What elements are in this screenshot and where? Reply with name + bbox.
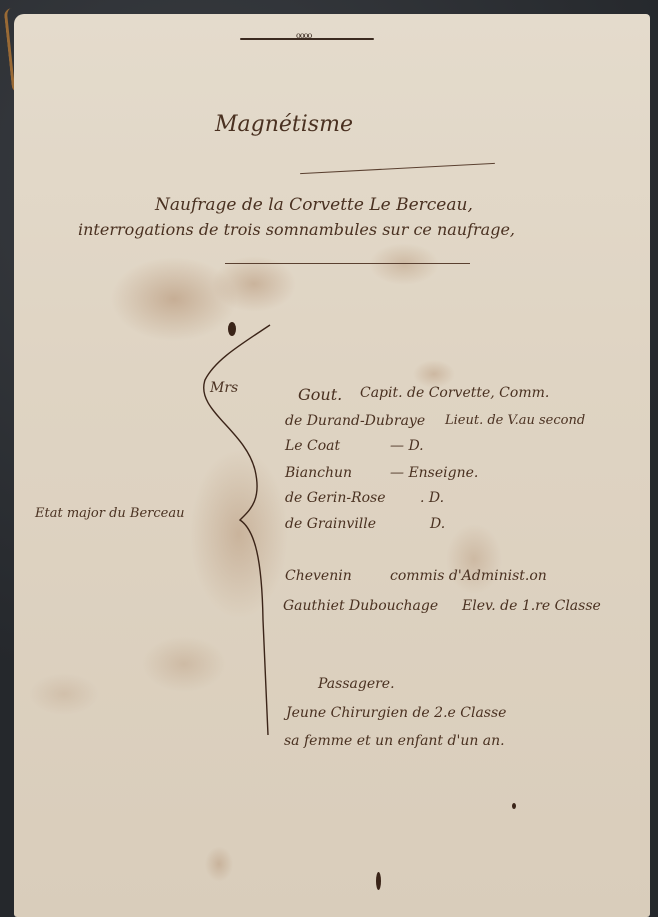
- officer-role: — D.: [390, 438, 424, 454]
- curly-brace: [0, 0, 658, 917]
- officer-role: Lieut. de V.au second: [445, 413, 585, 428]
- staff-name: Chevenin: [285, 568, 352, 584]
- passengers-heading: Passagere.: [318, 676, 395, 692]
- ink-blot: [376, 872, 381, 890]
- officer-name: de Grainville: [285, 516, 376, 532]
- staff-role: commis d'Administ.on: [390, 568, 547, 584]
- ink-blot: [228, 322, 236, 336]
- officer-role: Capit. de Corvette, Comm.: [360, 385, 549, 401]
- officer-name: Gout.: [298, 385, 342, 404]
- officer-role: . D.: [420, 490, 444, 506]
- officer-role: D.: [430, 516, 445, 532]
- passenger-line: sa femme et un enfant d'un an.: [284, 733, 505, 749]
- passenger-line: Jeune Chirurgien de 2.e Classe: [286, 705, 506, 721]
- ink-blot: [512, 803, 516, 809]
- officer-name: de Durand-Dubraye: [285, 413, 425, 429]
- officer-role: — Enseigne.: [390, 465, 478, 481]
- officer-name: Bianchun: [285, 465, 352, 481]
- group-prefix-mrs: Mrs: [210, 380, 238, 396]
- staff-role: Elev. de 1.re Classe: [462, 598, 601, 614]
- side-label-etat-major: Etat major du Berceau: [35, 506, 185, 521]
- staff-name: Gauthiet Dubouchage: [283, 598, 438, 614]
- officer-name: Le Coat: [285, 438, 340, 454]
- officer-name: de Gerin-Rose: [285, 490, 386, 506]
